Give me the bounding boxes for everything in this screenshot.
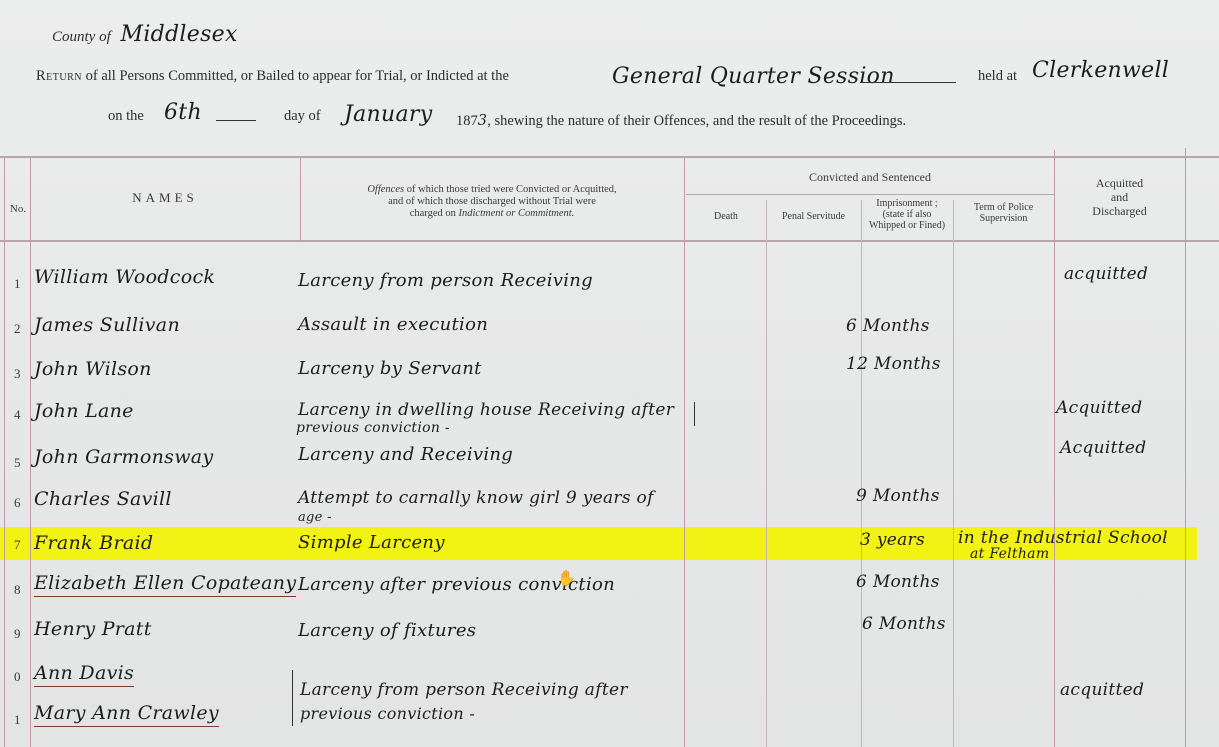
table-row-highlighted: 7 Frank Braid Simple Larceny 3 years in … [0, 528, 1219, 568]
year-suffix: 3 [478, 113, 488, 129]
on-the-label: on the [108, 108, 144, 125]
col-header-police-supervision: Term of Police Supervision [953, 202, 1054, 224]
held-at-label: held at [978, 68, 1017, 85]
col-header-names: NAMES [30, 192, 300, 204]
year-line: 1873, shewing the nature of their Offenc… [456, 113, 906, 130]
day-of-label: day of [284, 108, 321, 125]
table-top-rule [0, 156, 1219, 158]
table-row: 2 James Sullivan Assault in execution 6 … [0, 312, 1219, 352]
col-header-convicted: Convicted and Sentenced [686, 170, 1054, 184]
place-value: Clerkenwell [1032, 58, 1169, 83]
offences-label: Offences [367, 184, 404, 195]
hand-cursor-icon: ✋ [557, 569, 576, 588]
table-row: 3 John Wilson Larceny by Servant 12 Mont… [0, 354, 1219, 394]
county-line: County of Middlesex [52, 22, 238, 47]
return-prefix: Return [36, 68, 82, 84]
table-row: 9 Henry Pratt Larceny of fixtures 6 Mont… [0, 614, 1219, 654]
month-value: January [344, 102, 432, 127]
table-row: 6 Charles Savill Attempt to carnally kno… [0, 486, 1219, 526]
dash-divider [216, 120, 256, 121]
table-row: 8 Elizabeth Ellen Copateany Larceny afte… [0, 570, 1219, 610]
col-header-penal-servitude: Penal Servitude [766, 211, 861, 223]
header-bottom-rule [0, 240, 1219, 242]
year-rest: , shewing the nature of their Offences, … [487, 113, 906, 129]
county-label: County of [52, 29, 111, 45]
return-line: Return of all Persons Committed, or Bail… [36, 68, 509, 85]
col-header-imprisonment: Imprisonment ; (state if also Whipped or… [861, 198, 953, 231]
county-value: Middlesex [121, 22, 238, 47]
return-text: of all Persons Committed, or Bailed to a… [86, 68, 509, 84]
dash-divider [860, 82, 956, 83]
col-header-death: Death [686, 211, 766, 223]
table-row: 1 Mary Ann Crawley Larceny from person R… [0, 700, 1219, 740]
group-rule [686, 194, 1054, 195]
document-page: County of Middlesex Return of all Person… [0, 0, 1219, 747]
session-value: General Quarter Session [612, 64, 895, 89]
bracket-mark [690, 402, 695, 426]
day-value: 6th [164, 100, 202, 125]
year-prefix: 187 [456, 113, 478, 129]
col-header-no: No. [6, 203, 30, 215]
table-row: 5 John Garmonsway Larceny and Receiving … [0, 444, 1219, 484]
table-row: 1 William Woodcock Larceny from person R… [0, 262, 1219, 302]
table-row: 4 John Lane Larceny in dwelling house Re… [0, 398, 1219, 438]
col-header-acquitted: Acquitted and Discharged [1054, 176, 1185, 218]
bracket-mark [292, 670, 298, 726]
col-header-offences: Offences of which those tried were Convi… [300, 184, 684, 220]
